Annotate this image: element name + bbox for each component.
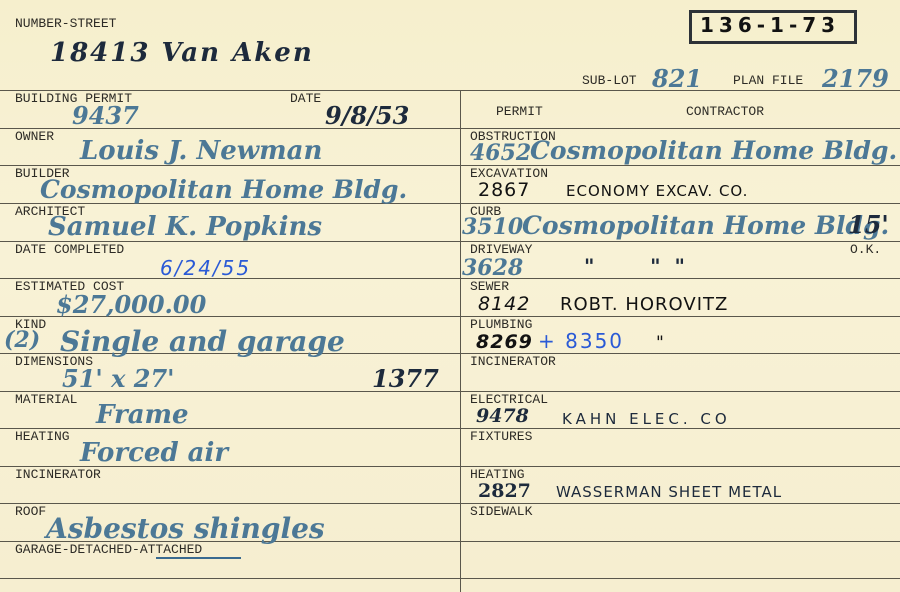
rule-line: [0, 503, 900, 504]
date-value: 9/8/53: [325, 101, 409, 130]
sewer-contractor: ROBT. HOROVITZ: [560, 294, 728, 315]
dimensions-value: 51' x 27': [62, 364, 175, 393]
fixtures-label: FIXTURES: [470, 429, 532, 444]
attached-underline-mark: [156, 557, 241, 559]
sewer-label: SEWER: [470, 279, 509, 294]
building-permit-value: 9437: [72, 101, 139, 130]
electrical-contractor: KAHN ELEC. CO: [562, 410, 731, 428]
date-label: DATE: [290, 91, 321, 106]
driveway-contractor: " " ": [584, 254, 685, 278]
plumbing-permit-added: + 8350: [538, 329, 624, 353]
owner-value: Louis J. Newman: [80, 136, 322, 166]
file-code-value: 136-1-73: [700, 13, 840, 37]
plumbing-label: PLUMBING: [470, 317, 532, 332]
heating-contractor: WASSERMAN SHEET METAL: [556, 483, 782, 501]
rule-line: [0, 578, 900, 579]
permit-card: NUMBER-STREET 18413 Van Aken 136-1-73 SU…: [0, 0, 900, 592]
kind-value: Single and garage: [60, 325, 345, 358]
plan-file-label: PLAN FILE: [733, 73, 803, 88]
rule-line: [0, 90, 900, 91]
dimensions-extra: 1377: [372, 364, 439, 393]
date-completed-label: DATE COMPLETED: [15, 242, 124, 257]
date-completed-value: 6/24/55: [160, 256, 251, 280]
curb-contractor: Cosmopolitan Home Bldg.: [522, 211, 889, 240]
obstruction-permit: 4652: [470, 140, 531, 166]
sidewalk-label: SIDEWALK: [470, 504, 532, 519]
architect-value: Samuel K. Popkins: [48, 212, 322, 242]
incinerator-label: INCINERATOR: [15, 467, 101, 482]
roof-value: Asbestos shingles: [46, 512, 325, 545]
heating-permit: 2827: [478, 480, 531, 502]
builder-value: Cosmopolitan Home Bldg.: [40, 175, 407, 204]
excavation-contractor: ECONOMY EXCAV. CO.: [566, 182, 748, 200]
estimated-cost-value: $27,000.00: [56, 290, 206, 319]
plan-file-value: 2179: [822, 64, 889, 93]
plumbing-contractor: ": [656, 333, 665, 353]
right-incinerator-label: INCINERATOR: [470, 354, 556, 369]
sub-lot-label: SUB-LOT: [582, 73, 637, 88]
heating-value: Forced air: [80, 438, 228, 468]
garage-label: GARAGE-DETACHED-ATTACHED: [15, 542, 202, 557]
electrical-permit: 9478: [476, 405, 529, 427]
rule-line: [0, 278, 900, 279]
owner-label: OWNER: [15, 129, 54, 144]
roof-label: ROOF: [15, 504, 46, 519]
sewer-permit: 8142: [478, 293, 530, 315]
driveway-permit: 3628: [462, 255, 523, 281]
number-street-value: 18413 Van Aken: [50, 38, 314, 68]
sub-lot-value: 821: [652, 64, 702, 93]
plumbing-permit: 8269: [476, 331, 533, 353]
material-label: MATERIAL: [15, 392, 77, 407]
contractor-column-header: CONTRACTOR: [686, 104, 764, 119]
excavation-permit: 2867: [478, 179, 530, 201]
number-street-label: NUMBER-STREET: [15, 16, 116, 31]
kind-prefix: (2): [4, 327, 40, 353]
heating-label: HEATING: [15, 429, 70, 444]
permit-column-header: PERMIT: [496, 104, 543, 119]
material-value: Frame: [96, 400, 189, 430]
curb-note: 15': [848, 210, 889, 239]
obstruction-contractor: Cosmopolitan Home Bldg.: [530, 136, 897, 165]
column-divider: [460, 90, 461, 592]
driveway-ok: O.K.: [850, 242, 881, 257]
curb-permit: 3510: [462, 214, 523, 240]
